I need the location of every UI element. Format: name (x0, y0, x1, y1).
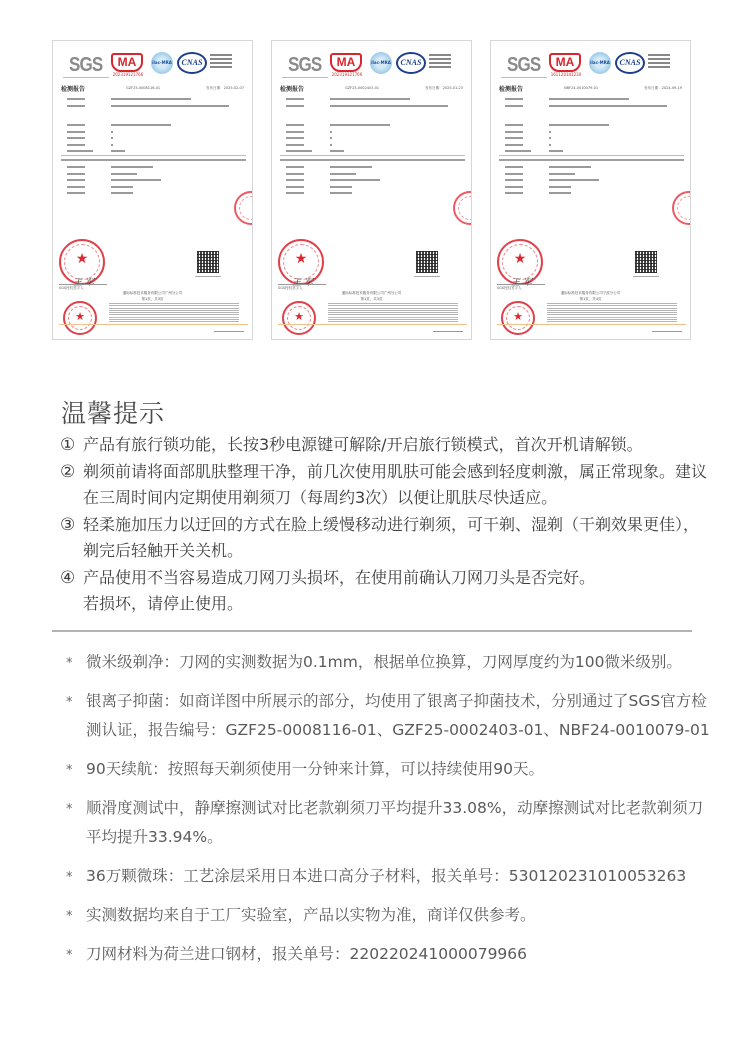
cnas-caption (648, 53, 670, 70)
tip-number: ① (60, 432, 75, 459)
bottom-stamp: ★ (501, 301, 535, 335)
ilac-mra-logo: ilac-MRA (151, 52, 173, 74)
cnas-logo: CNAS (177, 52, 207, 74)
orange-rule (278, 324, 467, 325)
note-item: * 36万颗微珠：工艺涂层采用日本进口高分子材料，报关单号：5301202310… (64, 862, 714, 891)
cnas-logo: CNAS (396, 52, 426, 74)
report-number: GZF25-0008116-01 (126, 86, 160, 90)
tips-title: 温馨提示 (61, 394, 165, 430)
note-text: 90天续航：按照每天剃须使用一分钟来计算，可以持续使用90天。 (86, 760, 544, 778)
qr-code (416, 251, 438, 273)
tips-list: ① 产品有旅行锁功能，长按3秒电源键可解除/开启旅行锁模式，首次开机请解锁。 ②… (60, 432, 710, 618)
orange-rule (59, 324, 248, 325)
test-info (67, 164, 239, 197)
report-number: GZF25-0002403-01 (345, 86, 379, 90)
fine-print (109, 303, 239, 324)
tip-text-continued: 若损坏，请停止使用。 (83, 591, 710, 618)
note-text: 顺滑度测试中，静摩擦测试对比老款剃须刀平均提升33.08%，动摩擦测试对比老款剃… (86, 799, 703, 846)
ma-logo: MA (549, 53, 581, 72)
sgs-logo-underline (501, 77, 547, 78)
asterisk-icon: * (66, 795, 73, 824)
qr-code (197, 251, 219, 273)
tip-number: ④ (60, 565, 75, 592)
certificate-header: 检测报告 GZF25-0008116-01 发布日期：2025-02-07 (61, 84, 246, 92)
sgs-certificate-image: SGS MA 161120341230 ilac-MRA CNAS 检测报告 N… (490, 40, 691, 340)
asterisk-icon: * (66, 649, 73, 678)
certificate-logos: SGS MA 202319121766 ilac-MRA CNAS (69, 51, 244, 79)
note-text: 刀网材料为荷兰进口钢材，报关单号：220220241000079966 (86, 945, 527, 963)
asterisk-icon: * (66, 756, 73, 785)
orange-rule (497, 324, 686, 325)
certificate-header: 检测报告 GZF25-0002403-01 发布日期：2025-01-23 (280, 84, 465, 92)
signer-line (497, 284, 545, 285)
ma-logo: MA (330, 53, 362, 72)
certificate-divider (499, 155, 684, 156)
note-item: * 刀网材料为荷兰进口钢材，报关单号：220220241000079966 (64, 940, 714, 969)
statement-line (280, 159, 465, 161)
sample-info (505, 122, 677, 155)
ma-number: 161120341230 (545, 72, 587, 77)
sgs-logo: SGS (507, 54, 540, 77)
tip-text: 剃须前请将面部肌肤整理干净，前几次使用肌肤可能会感到轻度刺激，属正常现象。建议在… (83, 462, 707, 508)
client-info (505, 96, 677, 109)
note-item: * 90天续航：按照每天剃须使用一分钟来计算，可以持续使用90天。 (64, 755, 714, 784)
footer-code (433, 331, 463, 332)
certificate-title: 检测报告 (499, 84, 523, 93)
note-item: * 微米级剃净：刀网的实测数据为0.1mm，根据单位换算，刀网厚度约为100微米… (64, 648, 714, 677)
sample-info (67, 122, 239, 155)
sample-info (286, 122, 458, 155)
asterisk-icon: * (66, 941, 73, 970)
note-text: 36万颗微珠：工艺涂层采用日本进口高分子材料，报关单号：530120231010… (86, 867, 686, 885)
sgs-logo-underline (282, 77, 328, 78)
test-info (286, 164, 458, 197)
cnas-logo: CNAS (615, 52, 645, 74)
client-info (286, 96, 458, 109)
certificate-title: 检测报告 (61, 84, 85, 93)
issuer-company: 通标标准技术服务有限公司广州分公司 (53, 291, 252, 296)
sgs-certificate-image: SGS MA 202319121766 ilac-MRA CNAS 检测报告 G… (271, 40, 472, 340)
note-item: * 实测数据均来自于工厂实验室，产品以实物为准，商详仅供参考。 (64, 901, 714, 930)
bottom-stamp: ★ (282, 301, 316, 335)
signer-line (59, 284, 107, 285)
sgs-logo-underline (63, 77, 109, 78)
ma-number: 202319121766 (326, 72, 368, 77)
certificate-header: 检测报告 NBF24-0010079-01 发布日期：2024-09-19 (499, 84, 684, 92)
bottom-stamp: ★ (63, 301, 97, 335)
issuer-company: 通标标准技术服务有限公司宁波分公司 (491, 291, 690, 296)
tip-item: ① 产品有旅行锁功能，长按3秒电源键可解除/开启旅行锁模式，首次开机请解锁。 (60, 432, 710, 459)
asterisk-icon: * (66, 863, 73, 892)
signer-line (278, 284, 326, 285)
notes-list: * 微米级剃净：刀网的实测数据为0.1mm，根据单位换算，刀网厚度约为100微米… (64, 648, 714, 979)
tip-item: ② 剃须前请将面部肌肤整理干净，前几次使用肌肤可能会感到轻度刺激，属正常现象。建… (60, 459, 710, 512)
qr-code (635, 251, 657, 273)
ma-number: 202319121766 (107, 72, 149, 77)
certificate-title: 检测报告 (280, 84, 304, 93)
certificate-divider (61, 155, 246, 156)
tip-text: 轻柔施加压力以迂回的方式在脸上缓慢移动进行剃须，可干剃、湿剃（干剃效果更佳），剃… (83, 515, 699, 561)
issue-date: 发布日期：2025-01-23 (425, 86, 463, 91)
sgs-logo: SGS (69, 54, 102, 77)
issue-date: 发布日期：2024-09-19 (644, 86, 682, 91)
fine-print (547, 303, 677, 324)
statement-line (61, 159, 246, 161)
asterisk-icon: * (66, 902, 73, 931)
certificate-logos: SGS MA 161120341230 ilac-MRA CNAS (507, 51, 682, 79)
ilac-mra-logo: ilac-MRA (370, 52, 392, 74)
qr-caption (414, 276, 440, 277)
issue-date: 发布日期：2025-02-07 (206, 86, 244, 91)
tip-number: ② (60, 459, 75, 486)
issuer-company: 通标标准技术服务有限公司广州分公司 (272, 291, 471, 296)
cnas-caption (429, 53, 451, 70)
report-number: NBF24-0010079-01 (564, 86, 598, 90)
note-text: 银离子抑菌：如商详图中所展示的部分，均使用了银离子抑菌技术，分别通过了SGS官方… (86, 692, 710, 739)
tip-text: 产品使用不当容易造成刀网刀头损坏，在使用前确认刀网刀头是否完好。 (83, 568, 595, 587)
test-info (505, 164, 677, 197)
footer-code (214, 331, 244, 332)
fine-print (328, 303, 458, 324)
note-item: * 顺滑度测试中，静摩擦测试对比老款剃须刀平均提升33.08%，动摩擦测试对比老… (64, 794, 714, 852)
certificate-divider (280, 155, 465, 156)
tip-text: 产品有旅行锁功能，长按3秒电源键可解除/开启旅行锁模式，首次开机请解锁。 (83, 435, 643, 454)
footer-code (652, 331, 682, 332)
sgs-logo: SGS (288, 54, 321, 77)
client-info (67, 96, 239, 109)
note-text: 微米级剃净：刀网的实测数据为0.1mm，根据单位换算，刀网厚度约为100微米级别… (86, 653, 682, 671)
tip-number: ③ (60, 512, 75, 539)
ilac-mra-logo: ilac-MRA (589, 52, 611, 74)
tip-item: ③ 轻柔施加压力以迂回的方式在脸上缓慢移动进行剃须，可干剃、湿剃（干剃效果更佳）… (60, 512, 710, 565)
note-text: 实测数据均来自于工厂实验室，产品以实物为准，商详仅供参考。 (86, 906, 536, 924)
section-divider (52, 630, 692, 632)
certificate-logos: SGS MA 202319121766 ilac-MRA CNAS (288, 51, 463, 79)
qr-caption (195, 276, 221, 277)
tip-item: ④ 产品使用不当容易造成刀网刀头损坏，在使用前确认刀网刀头是否完好。 若损坏，请… (60, 565, 710, 618)
statement-line (499, 159, 684, 161)
cnas-caption (210, 53, 232, 70)
ma-logo: MA (111, 53, 143, 72)
asterisk-icon: * (66, 688, 73, 717)
qr-caption (633, 276, 659, 277)
sgs-certificate-image: SGS MA 202319121766 ilac-MRA CNAS 检测报告 G… (52, 40, 253, 340)
note-item: * 银离子抑菌：如商详图中所展示的部分，均使用了银离子抑菌技术，分别通过了SGS… (64, 687, 714, 745)
